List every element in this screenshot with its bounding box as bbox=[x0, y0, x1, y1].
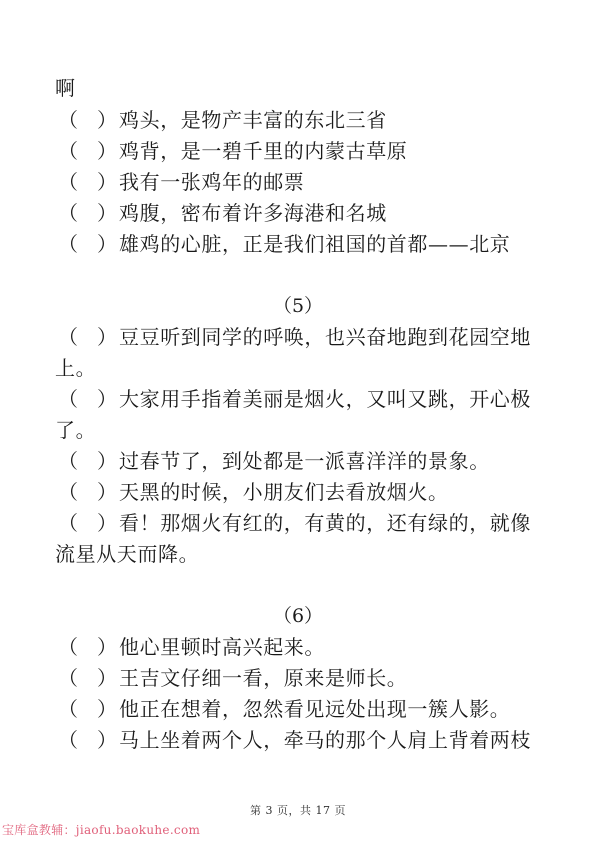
page-number: 第 3 页，共 17 页 bbox=[0, 802, 596, 818]
item-text-wrap: 了。 bbox=[55, 418, 96, 442]
item-text: 大家用手指着美丽是烟火，又叫又跳，开心极 bbox=[119, 387, 531, 411]
ordering-item: （） 看！那烟火有红的，有黄的，还有绿的，就像 bbox=[55, 511, 531, 535]
ordering-item: （） 大家用手指着美丽是烟火，又叫又跳，开心极 bbox=[55, 387, 531, 411]
item-text: 鸡腹，密布着许多海港和名城 bbox=[119, 201, 387, 225]
item-text: 马上坐着两个人，牵马的那个人肩上背着两枝 bbox=[119, 728, 531, 752]
ordering-item: （） 他正在想着，忽然看见远处出现一簇人影。 bbox=[55, 697, 510, 721]
ordering-item: （） 鸡背，是一碧千里的内蒙古草原 bbox=[55, 139, 407, 163]
item-text: 王吉文仔细一看，原来是师长。 bbox=[119, 666, 407, 690]
item-text: 天黑的时候，小朋友们去看放烟火。 bbox=[119, 480, 449, 504]
section-heading-5: （5） bbox=[0, 294, 596, 318]
item-text-wrap: 上。 bbox=[55, 356, 96, 380]
ordering-item: （） 鸡头，是物产丰富的东北三省 bbox=[55, 108, 387, 132]
ordering-item: （） 他心里顿时高兴起来。 bbox=[55, 635, 325, 659]
item-text: 看！那烟火有红的，有黄的，还有绿的，就像 bbox=[119, 511, 531, 535]
ordering-item: （） 鸡腹，密布着许多海港和名城 bbox=[55, 201, 387, 225]
continuation-text: 啊 bbox=[55, 76, 76, 100]
item-text: 雄鸡的心脏，正是我们祖国的首都——北京 bbox=[119, 232, 510, 256]
section-heading-6: （6） bbox=[0, 604, 596, 628]
ordering-item: （） 马上坐着两个人，牵马的那个人肩上背着两枝 bbox=[55, 728, 531, 752]
item-text: 我有一张鸡年的邮票 bbox=[119, 170, 304, 194]
item-text: 鸡背，是一碧千里的内蒙古草原 bbox=[119, 139, 407, 163]
ordering-item: （） 过春节了，到处都是一派喜洋洋的景象。 bbox=[55, 449, 490, 473]
item-text-wrap: 流星从天而降。 bbox=[55, 542, 199, 566]
document-page: 啊 （） 鸡头，是物产丰富的东北三省 （） 鸡背，是一碧千里的内蒙古草原 （） … bbox=[0, 0, 596, 842]
item-text: 过春节了，到处都是一派喜洋洋的景象。 bbox=[119, 449, 490, 473]
ordering-item: （） 我有一张鸡年的邮票 bbox=[55, 170, 304, 194]
ordering-item: （） 天黑的时候，小朋友们去看放烟火。 bbox=[55, 480, 449, 504]
watermark: 宝库盒教辅：jiaofu.baokuhe.com bbox=[2, 821, 200, 838]
item-text: 鸡头，是物产丰富的东北三省 bbox=[119, 108, 387, 132]
ordering-item: （） 雄鸡的心脏，正是我们祖国的首都——北京 bbox=[55, 232, 510, 256]
ordering-item: （） 王吉文仔细一看，原来是师长。 bbox=[55, 666, 407, 690]
ordering-item: （） 豆豆听到同学的呼唤，也兴奋地跑到花园空地 bbox=[55, 325, 531, 349]
item-text: 豆豆听到同学的呼唤，也兴奋地跑到花园空地 bbox=[119, 325, 531, 349]
item-text: 他正在想着，忽然看见远处出现一簇人影。 bbox=[119, 697, 510, 721]
item-text: 他心里顿时高兴起来。 bbox=[119, 635, 325, 659]
